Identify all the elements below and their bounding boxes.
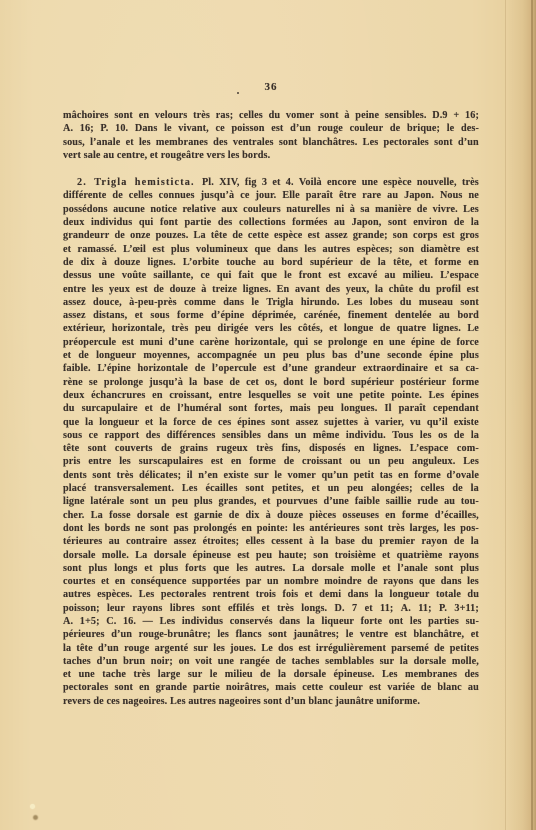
text-line: vert sale au centre, et rougeâtre vers l… (63, 149, 479, 162)
text-line: souscerapportdesdifférencessensiblesdans… (63, 429, 479, 442)
page-edge-shadow (531, 0, 533, 830)
text-line: possédonsaucunenoticerelativeauxcouleurs… (63, 203, 479, 216)
text-line: cher.Lafossedorsaleestgarniededixàdouzep… (63, 509, 479, 522)
text-line: dusurcapulaireetdel’huméralsontfortes,ma… (63, 402, 479, 415)
text-line: quelalongueuretlaforcedecesépinessontass… (63, 416, 479, 429)
page-number: 36 (63, 81, 479, 94)
text-line: etramassé.L’œilestplusvolumineuxquedansl… (63, 243, 479, 256)
text-line: sontpluslongsetplusfortsquelesautres.Lad… (63, 562, 479, 575)
ink-speck (237, 92, 239, 94)
text-line: A.16;P.10.Danslevivant,cepoissonestd’unr… (63, 122, 479, 135)
text-line: têtesontcouvertsdegrainsrugeuxtrèsfins,d… (63, 442, 479, 455)
text-line: 2.Triglahemisticta.Pl.XIV,fig3et4.Voilàe… (63, 176, 479, 189)
text-line: courtesetenconséquencesupportéesparunnom… (63, 575, 479, 588)
text-line: préoperculeestmunid’unecarènehorizontale… (63, 336, 479, 349)
text-line: poisson;leurrayonslibressonteffilésettrè… (63, 602, 479, 615)
text-line: placétransversalement.Lesécaillessontpet… (63, 482, 479, 495)
text-line: assezdistans,etsousformed’épinedéprimée,… (63, 309, 479, 322)
text-line: lignelatéralesontunpeuplusgrandes,etpour… (63, 495, 479, 508)
paper-page: 36 mâchoiressontenvelourstrèsras;cellesd… (0, 0, 536, 830)
text-line: faible.L’épinehorizontaledel’operculeest… (63, 362, 479, 375)
paragraph-continuation: mâchoiressontenvelourstrèsras;cellesduvo… (63, 109, 479, 162)
text-line: dessusunevoûtesaillante,cequifaitquelefr… (63, 269, 479, 282)
text-line: grandeurrdeonzepouzes.Latêtedecetteespèc… (63, 229, 479, 242)
text-line: différentedecellesconnuesjusqu’àcejour.E… (63, 189, 479, 202)
text-line: autresespèces.Lespectoralesrentrenttrois… (63, 588, 479, 601)
paper-speck-light (30, 804, 35, 809)
text-line: etdelongueurmoyennes,accompagnéeunpeuplu… (63, 349, 479, 362)
text-line: entrelesyeuxestdedouzeàtreizelignes.Enav… (63, 283, 479, 296)
scanned-book-page: { "page": { "number": "36", "paper_color… (0, 0, 536, 830)
text-line: dentssonttrèsdélicates;iln’enexistesurle… (63, 469, 479, 482)
text-line: dorsalemolle.Ladorsaleépineuseestpeuhaut… (63, 549, 479, 562)
text-line: mâchoiressontenvelourstrèsras;cellesduvo… (63, 109, 479, 122)
text-block: 36 mâchoiressontenvelourstrèsras;cellesd… (63, 81, 479, 708)
text-line: prisentrelessurscapulairesestenformedecr… (63, 455, 479, 468)
paragraph-species-description: 2.Triglahemisticta.Pl.XIV,fig3et4.Voilàe… (63, 176, 479, 708)
text-line: deuxéchancruresencroissant,entrelesquell… (63, 389, 479, 402)
text-line: sous,l’analeetlesmembranesdesventralesso… (63, 136, 479, 149)
text-line: pectoralessontengrandepartienoirâtres,ma… (63, 681, 479, 694)
text-line: tachesd’unbrunnoir;onvoitunerangéedetach… (63, 655, 479, 668)
text-line: dedixàdouzelignes.L’orbitetoucheaubordsu… (63, 256, 479, 269)
text-line: revers de ces nageoires. Les autres nage… (63, 695, 479, 708)
text-line: etunetachetrèslargesurlemilieudeladorsal… (63, 668, 479, 681)
text-line: dontlesbordsnesontpasprolongésenpointe:l… (63, 522, 479, 535)
text-line: rèneseprolongejusqu’àlabasedecetos,dontl… (63, 376, 479, 389)
text-line: A.1+5;C.16.—Lesindividusconservésdanslal… (63, 615, 479, 628)
text-line: térieuresaucontraireassezétroites;ellesc… (63, 535, 479, 548)
page-edge-crease (505, 0, 506, 830)
text-line: latêted’unrougeargentésurlesjoues.Ledose… (63, 642, 479, 655)
text-line: extérieur,horizontale,trèspeudirigéevers… (63, 322, 479, 335)
text-line: assezdouce,à-peu-prèscommedansleTriglahi… (63, 296, 479, 309)
text-line: périeuresd’unrouge-brunâtre;lesflancsson… (63, 628, 479, 641)
text-line: deuxindividusquifontpartiedescollections… (63, 216, 479, 229)
paper-speck-dark (33, 815, 38, 820)
